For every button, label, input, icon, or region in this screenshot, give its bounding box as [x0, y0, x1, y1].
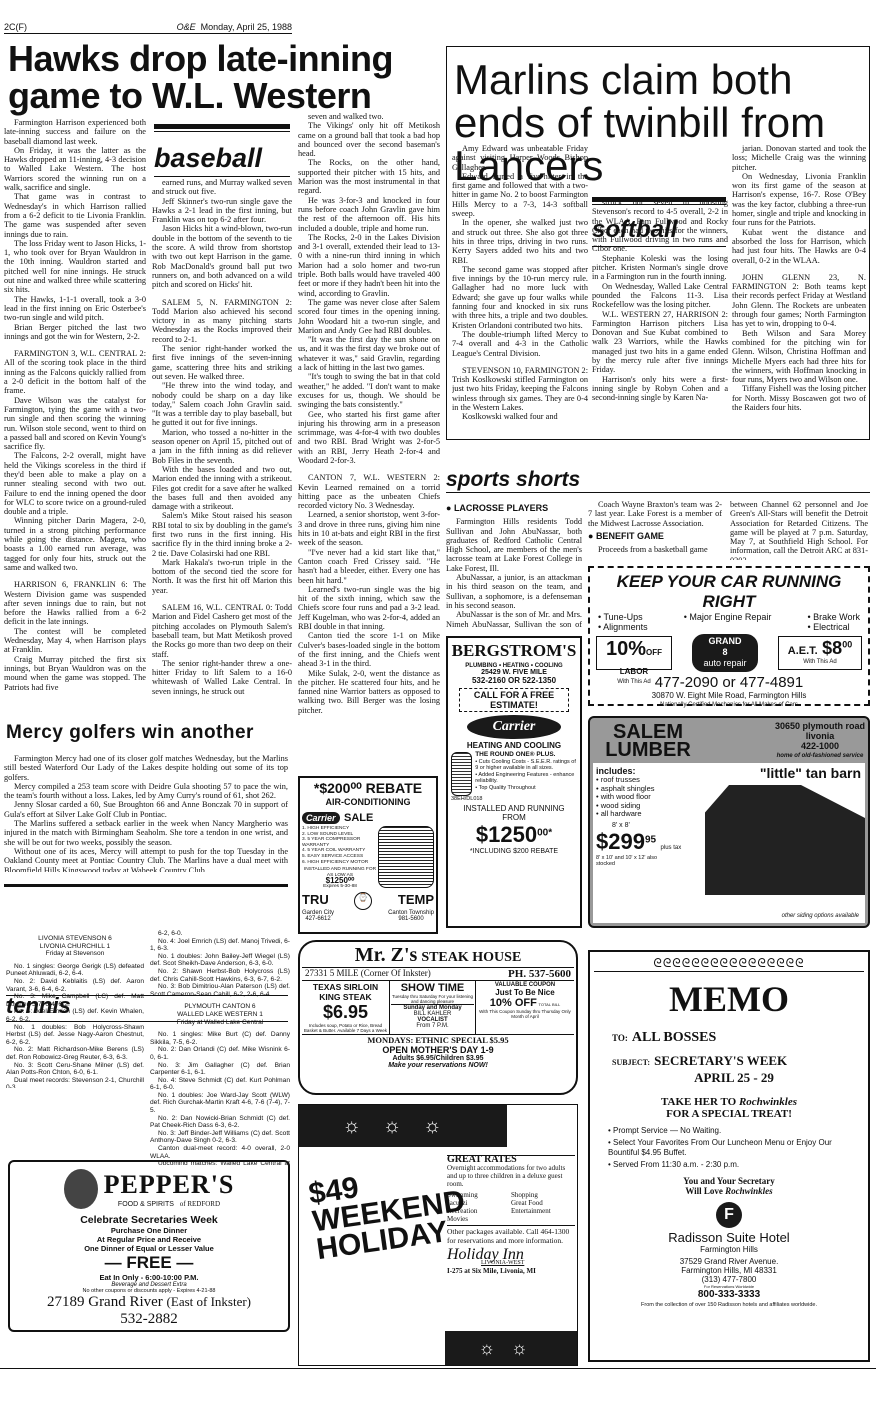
- match-result: No. 2: Dan Orlandi (C) def. Mike Wisnink…: [150, 1046, 290, 1061]
- labor-coupon[interactable]: 10%OFF LABORWith This Ad: [596, 636, 672, 670]
- baseball-kicker: baseball: [154, 124, 290, 177]
- match-result: No. 2: Shawn Herbst-Bob Holycross (LS) d…: [150, 968, 290, 983]
- paragraph: The Hawks, 1-1-1 overall, took a 3-0 lea…: [4, 295, 146, 323]
- paragraph: Farmington Harrison experienced both lat…: [4, 118, 146, 146]
- paragraph: "It was the first day the sun shone on u…: [298, 335, 440, 372]
- radisson-memo-ad[interactable]: ᘓᘓᘓᘓᘓᘓᘓᘓᘓᘓᘓᘓᘓᘓᘓᘓ MEMO TO: ALL BOSSES SUB…: [588, 950, 870, 1362]
- paragraph: The senior right-hander worked the first…: [152, 344, 292, 381]
- paragraph: The Falcons, 2-2 overall, might have hel…: [4, 451, 146, 516]
- paragraph: The Vikings' only hit off Metikosh came …: [298, 121, 440, 158]
- paragraph: Kubat went the distance and absorbed the…: [732, 228, 866, 265]
- free-estimate-burst: CALL FOR A FREE ESTIMATE!: [459, 688, 569, 712]
- paragraph: Gee, who started his first game after in…: [298, 410, 440, 466]
- paragraph: The loss Friday went to Jason Hicks, 1-1…: [4, 239, 146, 295]
- bergstroms-ad[interactable]: BERGSTROM'S PLUMBING • HEATING • COOLING…: [446, 636, 582, 928]
- paragraph: He was 3-for-3 and knocked in four runs …: [298, 196, 440, 233]
- benefit-heading: ● BENEFIT GAME: [588, 532, 722, 541]
- ac-unit-image: [451, 752, 472, 796]
- paragraph: The game was never close after Salem sco…: [298, 298, 440, 335]
- paragraph: earned runs, and Murray walked seven and…: [152, 178, 292, 197]
- paragraph: "He threw into the wind today, and nobod…: [152, 381, 292, 427]
- paragraph: The Marlins suffered a setback earlier i…: [4, 819, 288, 847]
- tennis-column-2: 6-2, 6-0.No. 4: Joel Emrich (LS) def. Ma…: [150, 930, 290, 1165]
- paragraph: Jason Hicks hit a wind-blown, two-run do…: [152, 224, 292, 289]
- paragraph: "I've never had a kid start like that," …: [298, 548, 440, 585]
- lacrosse-heading: ● LACROSSE PLAYERS: [446, 504, 582, 513]
- page-folio: 2C(F) O&E Monday, April 25, 1988: [4, 22, 292, 34]
- paragraph: CANTON 7, W.L. WESTERN 2: Kevin Learned …: [298, 473, 440, 510]
- match-result: No. 4: Joel Emrich (LS) def. Manoj Trive…: [150, 938, 290, 953]
- paragraph: On Wednesday, Walled Lake Central pounde…: [592, 282, 728, 310]
- paragraph: The Rocks, on the other hand, supported …: [298, 158, 440, 195]
- aet-coupon[interactable]: A.E.T. $800With This Ad: [778, 636, 862, 670]
- match-result: No. 4: Joel Emrich (LS) def. Kevin Whale…: [6, 1008, 144, 1023]
- paper-name: O&E: [177, 22, 196, 32]
- paragraph: SALEM 16, W.L. CENTRAL 0: Todd Marion an…: [152, 603, 292, 659]
- match-result: Canton dual-meet record: 4-0 overall, 2-…: [150, 1145, 290, 1160]
- sports-shorts-column-1: ● LACROSSE PLAYERS Farmington Hills resi…: [446, 500, 582, 630]
- paragraph: Without one of its aces, Mercy will atte…: [4, 847, 288, 872]
- softball-column-3: jarian. Donovan started and took the los…: [732, 144, 866, 432]
- match-result: No. 1 singles: Mike Burt (C) def. Danny …: [150, 1031, 290, 1046]
- match-result: Dual meet records: Stevenson 2-1, Church…: [6, 1077, 144, 1088]
- paragraph: Stephanie Koleski was the losing pitcher…: [592, 254, 728, 282]
- paragraph: The contest will be completed Wednesday,…: [4, 627, 146, 655]
- holiday-inn-ad[interactable]: ☼☼☼ $49WEEKENDHOLIDAY GREAT RATES Overni…: [298, 1104, 578, 1366]
- paragraph: Salem's Mike Stout raised his season RBI…: [152, 511, 292, 557]
- sports-shorts-column-3: between Channel 62 personnel and Joe Gre…: [730, 500, 868, 560]
- baseball-headline: Hawks drop late-inning game to W.L. West…: [8, 40, 438, 114]
- match-header: PLYMOUTH CANTON 6 WALLED LAKE WESTERN 1 …: [150, 1003, 290, 1026]
- match-header: LIVONIA STEVENSON 6 LIVONIA CHURCHILL 1 …: [6, 935, 144, 958]
- paragraph: Mercy compiled a 253 team score with Dei…: [4, 782, 288, 801]
- paragraph: Dave Wilson was the catalyst for Farming…: [4, 396, 146, 452]
- grand8-auto-ad[interactable]: KEEP YOUR CAR RUNNING RIGHT • Tune-Ups• …: [588, 566, 870, 706]
- radisson-logo: F: [716, 1202, 742, 1228]
- paragraph: Brian Berger pitched the last two inning…: [4, 323, 146, 342]
- page-bottom-rule: [0, 1368, 876, 1369]
- paragraph: Jeff Skinner's two-run single gave the H…: [152, 197, 292, 225]
- match-result: No. 4: Steve Schmidt (C) def. Kurt Pohlm…: [150, 1077, 290, 1092]
- paragraph: "It's tough to swing the bat in that col…: [298, 372, 440, 409]
- match-result: No. 3: Jeff Binder-Jeff Williams (C) def…: [150, 1130, 290, 1145]
- paragraph: Marion, who tossed a no-hitter in the se…: [152, 428, 292, 465]
- paragraph: In the opener, she walked just two and s…: [452, 218, 588, 264]
- paragraph: Tiffany Fishell was the losing pitcher f…: [732, 384, 866, 412]
- paragraph: Learned's two-run single was the big hit…: [298, 585, 440, 631]
- match-result: No. 2: Matt Richardson-Mike Berens (LS) …: [6, 1046, 144, 1061]
- paragraph: Canton tied the score 1-1 on Mike Culver…: [298, 631, 440, 668]
- match-result: No. 1 doubles: John Bailey-Jeff Wiegel (…: [150, 953, 290, 968]
- tennis-column-1: LIVONIA STEVENSON 6 LIVONIA CHURCHILL 1 …: [6, 930, 144, 1088]
- match-result: No. 1 doubles: Joe Ward-Jay Scott (WLW) …: [150, 1092, 290, 1115]
- paragraph: Harrison's only hits were a first-inning…: [592, 375, 728, 403]
- holiday-inn-logo: Holiday Inn: [447, 1251, 575, 1259]
- paragraph: The second game was stopped after five i…: [452, 265, 588, 330]
- tru-temp-ad[interactable]: *$200⁰⁰ REBATE AIR-CONDITIONING Carrier …: [298, 776, 438, 934]
- match-result: No. 3: Bob Dimitriou-Alan Paterson (LS) …: [150, 983, 290, 998]
- baseball-column-3: seven and walked two.The Vikings' only h…: [298, 112, 440, 769]
- paragraph: Winning pitcher Darin Magera, 2-0, turne…: [4, 516, 146, 572]
- match-result: No. 3: Mike Campbell (LC) def. Matt Down…: [6, 993, 144, 1008]
- paragraph: W.L. WESTERN 27, HARRISON 2: Farmington …: [592, 310, 728, 375]
- paragraph: The senior right-hander threw a one-hitt…: [152, 659, 292, 696]
- paragraph: With the bases loaded and two out, Mario…: [152, 465, 292, 511]
- mr-zs-steakhouse-ad[interactable]: Mr. Z's STEAK HOUSE 27331 5 MILE (Corner…: [298, 940, 578, 1095]
- bergstrom-logo: BERGSTROM'S: [451, 641, 577, 661]
- paragraph: jarian. Donovan started and took the los…: [732, 144, 866, 172]
- paragraph: FARMINGTON 3, W.L. CENTRAL 2: All of the…: [4, 349, 146, 395]
- paragraph: STEVENSON 10, FARMINGTON 2: Trish Koslko…: [452, 366, 588, 412]
- paragraph: The Rocks, 2-0 in the Lakes Division and…: [298, 233, 440, 298]
- match-result: No. 3: Jim Gallagher (C) def. Brian Carp…: [150, 1062, 290, 1077]
- section-divider: [4, 884, 288, 887]
- salem-lumber-ad[interactable]: SALEM LUMBER 30650 plymouth roadlivonia4…: [588, 716, 870, 928]
- sports-shorts-kicker: sports shorts: [446, 468, 870, 493]
- paragraph: On Friday, it was the latter as the Hawk…: [4, 146, 146, 192]
- paragraph: Koslkowski walked four and: [452, 412, 588, 421]
- paragraph: Amy Edward was unbeatable Friday against…: [452, 144, 588, 172]
- paragraph: Edward hurled a five-hitter in the first…: [452, 172, 588, 218]
- sun-banner: ☼☼☼: [299, 1105, 507, 1147]
- paragraph: Farmington Mercy had one of its closer g…: [4, 754, 288, 782]
- paragraph: Learned, a senior shortstop, went 3-for-…: [298, 510, 440, 547]
- match-result: No. 1 doubles: Bob Holycross-Shawn Herbs…: [6, 1024, 144, 1047]
- match-result: No. 2: David Keblaitis (LS) def. Aaron V…: [6, 978, 144, 993]
- page-number: 2C(F): [4, 22, 27, 32]
- paragraph: JOHN GLENN 23, N. FARMINGTON 2: Both tea…: [732, 273, 866, 329]
- sports-shorts-column-2: Coach Wayne Braxton's team was 2-7 last …: [588, 500, 722, 560]
- softball-column-1: Amy Edward was unbeatable Friday against…: [452, 144, 588, 432]
- paragraph: struck out seven in boosting Stevenson's…: [592, 198, 728, 254]
- baseball-column-1: Farmington Harrison experienced both lat…: [4, 118, 146, 710]
- grand8-logo: GRAND8auto repair: [692, 634, 758, 672]
- paragraph: SALEM 5, N. FARMINGTON 2: Todd Marion al…: [152, 298, 292, 344]
- match-result: No. 2: Dan Nowicki-Brian Schmidt (C) def…: [150, 1115, 290, 1130]
- golf-story: Farmington Mercy had one of its closer g…: [4, 754, 288, 872]
- spiral-binding: ᘓᘓᘓᘓᘓᘓᘓᘓᘓᘓᘓᘓᘓᘓᘓᘓ: [594, 956, 864, 972]
- paragraph: Jenny Slosar carded a 60, Sue Broughton …: [4, 800, 288, 819]
- paragraph: That game was in contrast to Wednesday's…: [4, 192, 146, 238]
- paragraph: Mike Sulak, 2-0, went the distance as th…: [298, 669, 440, 715]
- match-result: No. 1 singles: George Gerigk (LS) defeat…: [6, 963, 144, 978]
- carrier-logo: Carrier: [467, 715, 561, 739]
- paragraph: seven and walked two.: [298, 112, 440, 121]
- portrait-illustration: [64, 1169, 98, 1209]
- thermometer-logo-icon: ⌚: [354, 892, 372, 910]
- match-result: No. 3: Scott Ceru-Shane Milner (LS) def.…: [6, 1062, 144, 1077]
- salem-lumber-logo: SALEM LUMBER: [593, 723, 703, 759]
- softball-column-2: struck out seven in boosting Stevenson's…: [592, 198, 728, 432]
- paragraph: Beth Wilson and Sara Morey combined for …: [732, 329, 866, 385]
- issue-date: Monday, April 25, 1988: [201, 22, 292, 32]
- paragraph: Craig Murray pitched the first six innin…: [4, 655, 146, 692]
- sun-banner-bottom: ☼☼: [445, 1331, 577, 1365]
- baseball-column-2: earned runs, and Murray walked seven and…: [152, 178, 292, 710]
- golf-headline: Mercy golfers win another: [6, 722, 254, 744]
- peppers-ad[interactable]: PEPPER'SFOOD & SPIRITS of REDFORD Celebr…: [8, 1160, 290, 1332]
- match-result: 6-2, 6-0.: [150, 930, 290, 938]
- paragraph: The double-triumph lifted Mercy to 7-4 o…: [452, 330, 588, 358]
- paragraph: On Wednesday, Livonia Franklin won its f…: [732, 172, 866, 228]
- paragraph: Mark Hakala's two-run triple in the bott…: [152, 558, 292, 595]
- ac-unit-image: [378, 826, 434, 888]
- paragraph: HARRISON 6, FRANKLIN 6: The Western Divi…: [4, 580, 146, 626]
